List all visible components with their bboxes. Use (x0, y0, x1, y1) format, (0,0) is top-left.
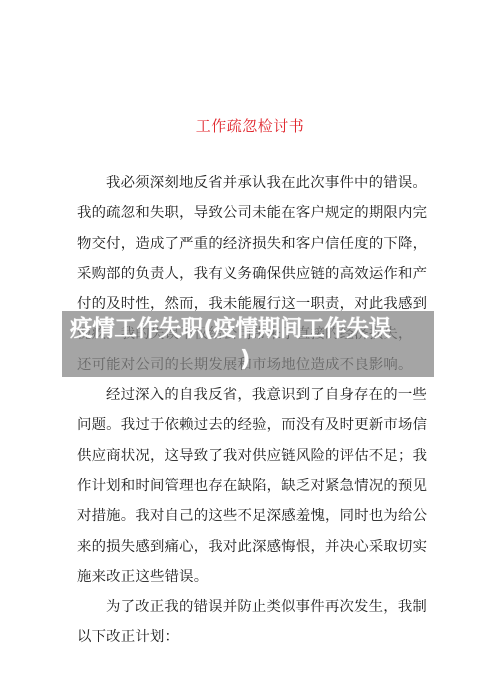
paragraph-line: 物交付，造成了严重的经济损失和客户信任度的下降，作为 (77, 229, 427, 259)
overlay-title-main: 疫情工作失职(疫情期间工作失误 (70, 316, 391, 342)
overlay-title: 疫情工作失职(疫情期间工作失误 ) (70, 314, 440, 374)
paragraph-line: 以下改正计划： (77, 622, 427, 652)
paragraph-line: 我必须深刻地反省并承认我在此次事件中的错误。由于 (77, 168, 427, 198)
document-body: 我必须深刻地反省并承认我在此次事件中的错误。由于 我的疏忽和失职，导致公司未能在… (77, 168, 427, 653)
document-title: 工作疏忽检讨书 (0, 115, 500, 137)
paragraph-line: 为了改正我的错误并防止类似事件再次发生，我制定了 (77, 592, 427, 622)
paragraph-line: 采购部的负责人，我有义务确保供应链的高效运作和产品交 (77, 259, 427, 289)
paragraph-line: 供应商状况，这导致了我对供应链风险的评估不足；我的工 (77, 441, 427, 471)
paragraph-line: 我的疏忽和失职，导致公司未能在客户规定的期限内完成货 (77, 198, 427, 228)
document-page: 工作疏忽检讨书 我必须深刻地反省并承认我在此次事件中的错误。由于 我的疏忽和失职… (0, 0, 500, 693)
paragraph-line: 经过深入的自我反省，我意识到了自身存在的一些严重 (77, 380, 427, 410)
paragraph-line: 对措施。我对自己的这些不足深感羞愧，同时也为给公司带 (77, 501, 427, 531)
paragraph-line: 问题。我过于依赖过去的经验，而没有及时更新市场信息和 (77, 410, 427, 440)
paragraph-line: 作计划和时间管理也存在缺陷，缺乏对紧急情况的预见和应 (77, 471, 427, 501)
paragraph-line: 施来改正这些错误。 (77, 562, 427, 592)
paragraph-line: 来的损失感到痛心，我对此深感悔恨，并决心采取切实的措 (77, 532, 427, 562)
overlay-title-close: ) (70, 344, 440, 374)
